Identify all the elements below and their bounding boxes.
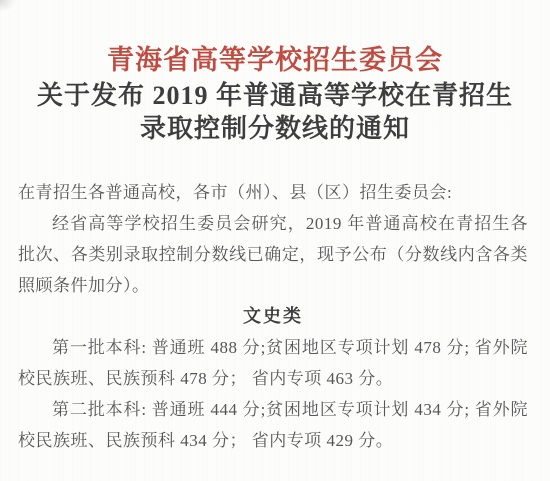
intro-paragraph: 经省高等学校招生委员会研究，2019 年普通高校在青招生各批次、各类别录取控制分… xyxy=(18,208,528,301)
score-line-first-batch: 第一批本科: 普通班 488 分;贫困地区专项计划 478 分; 省外院校民族班… xyxy=(18,332,528,394)
issuing-org-title: 青海省高等学校招生委员会 xyxy=(0,42,550,79)
document-title-line-1: 关于发布 2019 年普通高等学校在青招生 xyxy=(0,79,550,112)
salutation-line: 在青招生各普通高校，各市（州）、县（区）招生委员会: xyxy=(18,177,528,208)
score-line-second-batch: 第二批本科: 普通班 444 分;贫困地区专项计划 434 分; 省外院校民族班… xyxy=(18,394,528,456)
document-page: 青海省高等学校招生委员会 关于发布 2019 年普通高等学校在青招生 录取控制分… xyxy=(0,0,550,481)
section-heading-liberal-arts: 文史类 xyxy=(18,301,528,332)
document-title-line-2: 录取控制分数线的通知 xyxy=(0,112,550,145)
document-header: 青海省高等学校招生委员会 关于发布 2019 年普通高等学校在青招生 录取控制分… xyxy=(0,0,550,145)
document-body: 在青招生各普通高校，各市（州）、县（区）招生委员会: 经省高等学校招生委员会研究… xyxy=(0,177,550,456)
